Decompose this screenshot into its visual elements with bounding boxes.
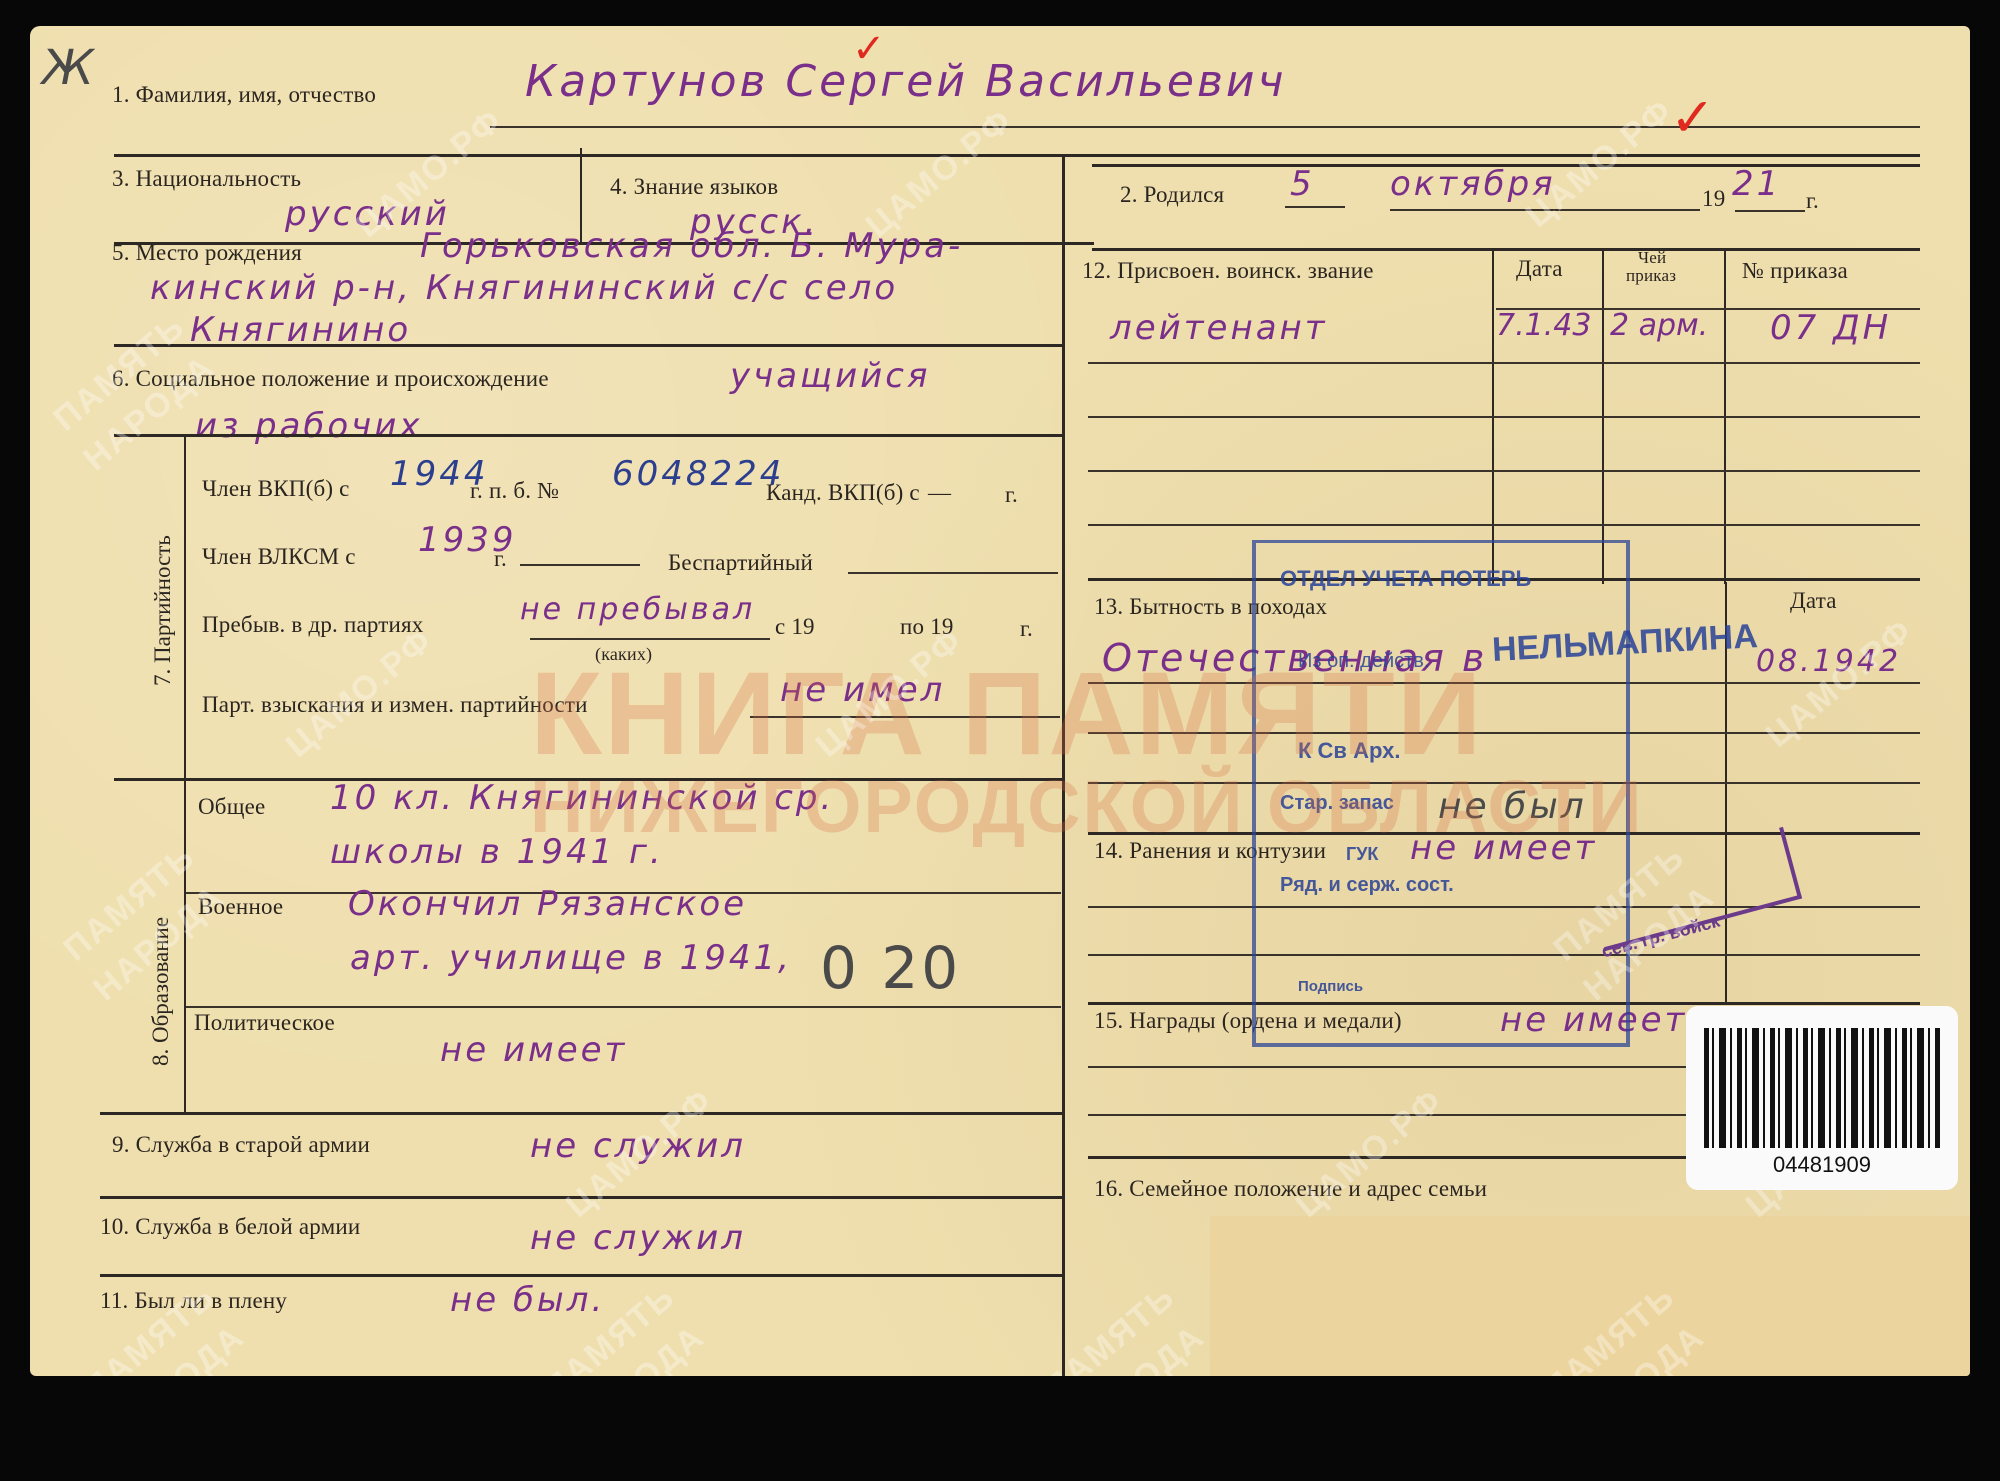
field-5-line2: кинский р-н, Княгининский с/с село (150, 268, 898, 308)
field-11-value: не был. (450, 1280, 605, 1320)
field-3-label: 3. Национальность (112, 166, 301, 192)
field-4-label: 4. Знание языков (610, 174, 778, 200)
field-2-year-prefix: 19 (1702, 186, 1725, 212)
field-6-value-1: учащийся (730, 356, 930, 396)
military-edu-value-1: Окончил Рязанское (348, 884, 747, 924)
political-edu-label: Политическое (194, 1010, 335, 1036)
field-10-value: не служил (530, 1218, 746, 1258)
rank-value: лейтенант (1110, 308, 1328, 348)
record-card: Ж 1. Фамилия, имя, отчество Картунов Сер… (30, 26, 1970, 1376)
from-label: с 19 (775, 614, 815, 640)
pb-number: 6048224 (612, 454, 784, 494)
kand-value: — (928, 480, 951, 506)
pb-label: г. п. б. № (470, 478, 559, 504)
stamp-line-sign: Подпись (1298, 978, 1363, 995)
kand-g: г. (1005, 482, 1018, 508)
field-2-year-unit: г. (1806, 188, 1819, 214)
col-number: № приказа (1742, 258, 1848, 284)
kand-label: Канд. ВКП(б) с (766, 480, 920, 506)
field-1-value: Картунов Сергей Васильевич (525, 56, 1286, 107)
field-2-year: 21 (1732, 164, 1781, 204)
vlksm-label: Член ВЛКСМ с (202, 544, 356, 570)
red-check-mark: ✓ (852, 26, 886, 72)
rank-whose: 2 арм. (1610, 308, 1708, 343)
stamp-title: ОТДЕЛ УЧЕТА ПОТЕРЬ (1280, 566, 1531, 592)
vkp-label: Член ВКП(б) с (202, 476, 350, 502)
military-edu-value-2: арт. училище в 1941, (350, 938, 792, 978)
corner-pencil-mark: Ж (42, 40, 97, 96)
field-10-label: 10. Служба в белой армии (100, 1214, 360, 1240)
to-g: г. (1020, 616, 1033, 642)
field-2-label: 2. Родился (1120, 182, 1224, 208)
barcode-label: 04481909 (1686, 1006, 1958, 1190)
field-1-label: 1. Фамилия, имя, отчество (112, 82, 376, 108)
col-whose-2: приказ (1626, 266, 1676, 286)
watermark-region: НИЖЕГОРОДСКОЙ ОБЛАСТИ (530, 764, 1643, 849)
other-parties-value: не пребывал (520, 592, 755, 627)
other-parties-label: Пребыв. в др. партиях (202, 612, 424, 638)
watermark-tamo: ЦАМО.РФ (1290, 1082, 1449, 1223)
political-edu-value: не имеет (440, 1030, 627, 1070)
watermark-book-of-memory: КНИГА ПАМЯТИ (530, 646, 1484, 782)
field-2-day: 5 (1290, 164, 1315, 204)
pencil-note: 0 20 (820, 934, 961, 1002)
col-date: Дата (1516, 256, 1563, 282)
field-5-label: 5. Место рождения (112, 240, 302, 266)
stamp-line-ranks: Ряд. и серж. сост. (1280, 874, 1454, 897)
section-7-label: 7. Партийность (150, 535, 176, 686)
barcode-number: 04481909 (1686, 1152, 1958, 1178)
watermark-tamo: ЦАМО.РФ (1520, 92, 1679, 233)
barcode-bars (1704, 1028, 1940, 1148)
col-whose-1: Чей (1638, 248, 1666, 268)
general-edu-label: Общее (198, 794, 265, 820)
field-6-value-2: из рабочих (195, 406, 422, 446)
vlksm-g: г. (494, 546, 507, 572)
field-13-col-date: Дата (1790, 588, 1837, 614)
bespart-label: Беспартийный (668, 550, 813, 576)
rank-order-number: 07 ДН (1770, 308, 1891, 348)
field-9-label: 9. Служба в старой армии (112, 1132, 370, 1158)
field-12-label: 12. Присвоен. воинск. звание (1082, 258, 1374, 284)
watermark-tamo: ЦАМО.РФ (860, 102, 1019, 243)
rank-date: 7.1.43 (1496, 308, 1591, 343)
